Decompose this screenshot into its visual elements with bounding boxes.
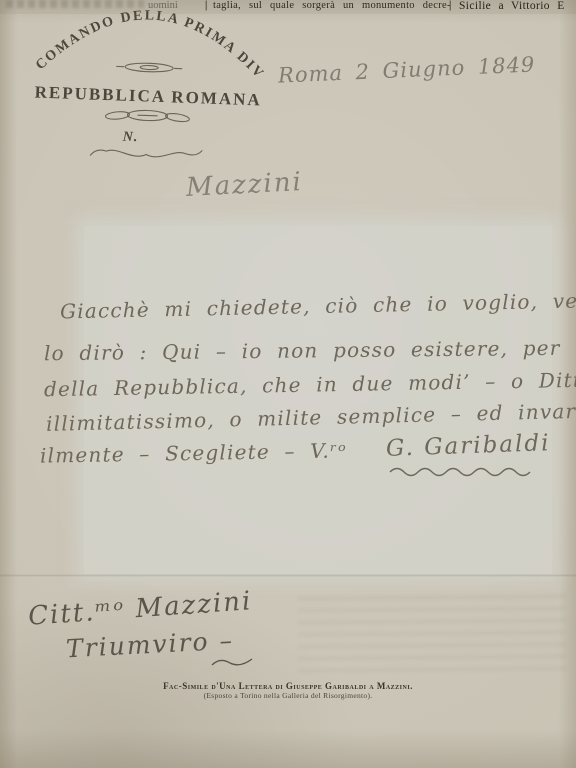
caption: Fac-Simile d'Una Lettera di Giuseppe Gar… [0, 681, 576, 700]
caption-subtitle: (Esposto a Torino nella Galleria del Ris… [0, 691, 576, 700]
wavy-underline-icon [388, 463, 546, 479]
feather-ornament-icon [105, 109, 190, 123]
paper-crease [0, 575, 576, 576]
letterhead-stamp: COMANDO DELLA PRIMA DIVISIONE REPUBBLICA… [9, 9, 315, 194]
newspaper-page: uomini | taglia, sul quale sorgerà un mo… [0, 0, 576, 768]
flourish-brace-icon [90, 147, 202, 160]
show-through-text [298, 595, 567, 675]
faded-text-fragment [6, 0, 144, 8]
masthead-fragment-center: taglia, sul quale sorgerà un monumento d… [213, 0, 451, 12]
squiggle-icon [210, 658, 254, 670]
letterhead-number-label: N. [121, 130, 138, 146]
cigar-ornament-icon [116, 62, 182, 73]
masthead-fragment-right: Sicilie a Vittorio E [459, 0, 565, 12]
letterhead-subtitle: REPUBBLICA ROMANA [34, 83, 262, 110]
letterhead-stamp-graphic: COMANDO DELLA PRIMA DIVISIONE REPUBBLICA… [9, 9, 315, 194]
addressee-name: Citt.ᵐᵒ Mazzini [27, 586, 253, 632]
caption-title: Fac-Simile d'Una Lettera di Giuseppe Gar… [0, 681, 576, 691]
column-divider: | [205, 0, 207, 12]
dateline: Roma 2 Giugno 1849 [278, 52, 536, 87]
facsimile-sheet [84, 226, 552, 574]
column-divider: | [449, 0, 451, 12]
salutation: Mazzini [185, 167, 303, 203]
